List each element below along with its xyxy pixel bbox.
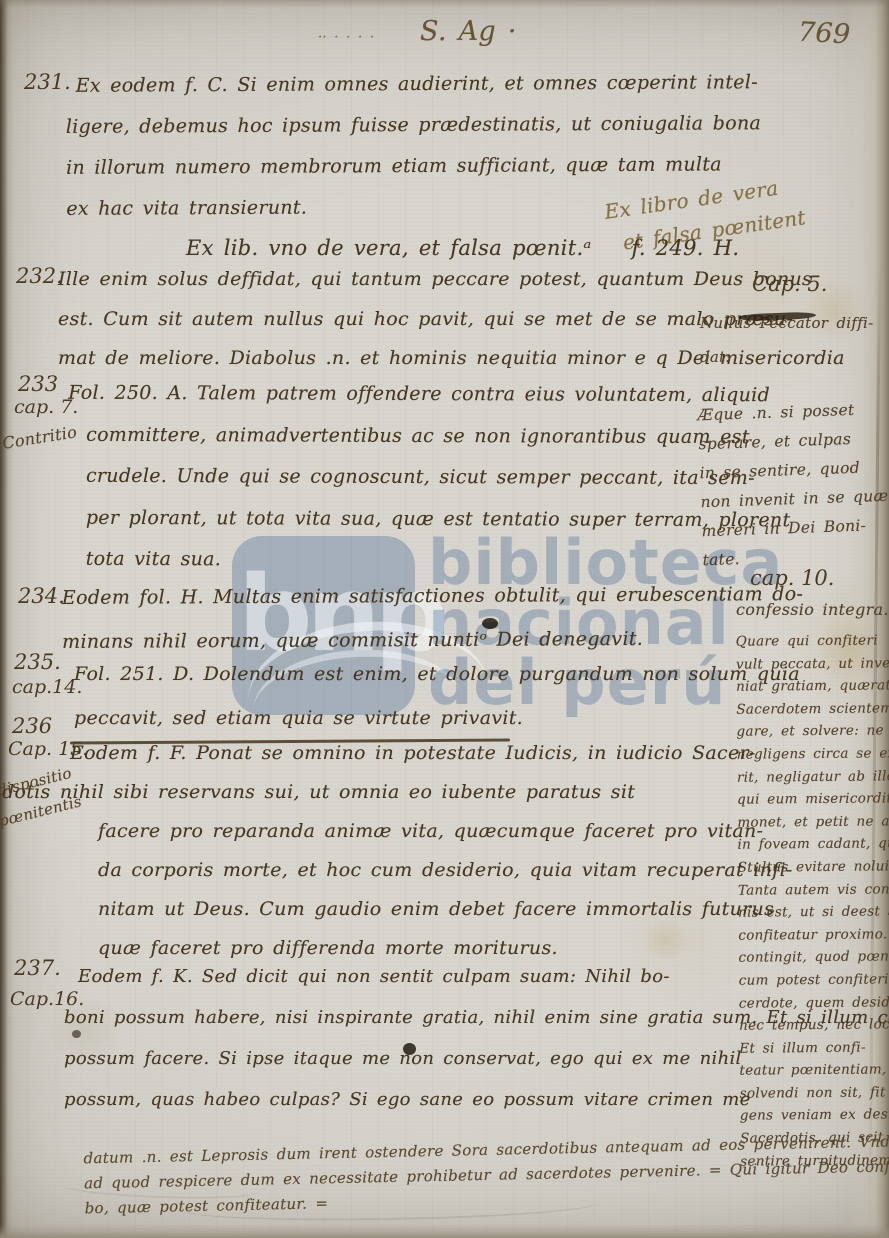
page-edge-left	[0, 0, 14, 1238]
entry-237-number: 237.	[14, 956, 61, 980]
page-edge-top	[0, 0, 889, 8]
entry-235-number: 235.	[14, 650, 61, 674]
entry-236-text: Eodem f. F. Ponat se omnino in potestate…	[70, 734, 793, 968]
page-number: 769	[797, 17, 851, 51]
entry-232-number: 232.	[16, 264, 63, 288]
entry-232-margin-line2: dat:	[700, 340, 874, 374]
entry-231-number: 231.	[24, 70, 71, 94]
entry-235-text: Fol. 251. D. Dolendum est enim, et dolor…	[74, 652, 800, 740]
entry-232-margin: Nullus Peccator diffi- dat:	[700, 306, 874, 374]
entry-237-text: Eodem f. K. Sed dicit qui non sentit cul…	[78, 956, 889, 1120]
header-dots: ·· · · · ·	[318, 30, 374, 45]
bottom-addendum: datum .n. est Leprosis dum irent ostende…	[83, 1126, 889, 1222]
entry-234-number: 234.	[18, 584, 65, 608]
entry-234-chapter: cap. 10.	[750, 566, 834, 590]
entry-235-chapter: cap.14.	[12, 676, 82, 698]
entry-233-number: 233	[18, 372, 58, 396]
entry-234-margin-title: confessio integra.	[736, 600, 889, 619]
page-edge-bottom	[0, 1224, 889, 1238]
entry-234-text: Eodem fol. H. Multas enim satisfactiones…	[62, 572, 804, 664]
section-subheading: Ex lib. vno de vera, et falsa pœnit.ᵃ f.…	[186, 236, 739, 260]
entry-232-margin-line1: Nullus Peccator diffi-	[700, 306, 874, 340]
entry-232-chapter: Cap. 5.	[752, 272, 827, 296]
entry-235-line1: Fol. 251. D. Dolendum est enim, et dolor…	[74, 652, 800, 696]
manuscript-page: ·· · · · · S. Ag · 769 231. Ex eodem f. …	[0, 0, 889, 1238]
entry-236-number: 236	[12, 714, 52, 738]
page-heading: S. Ag ·	[420, 16, 517, 47]
